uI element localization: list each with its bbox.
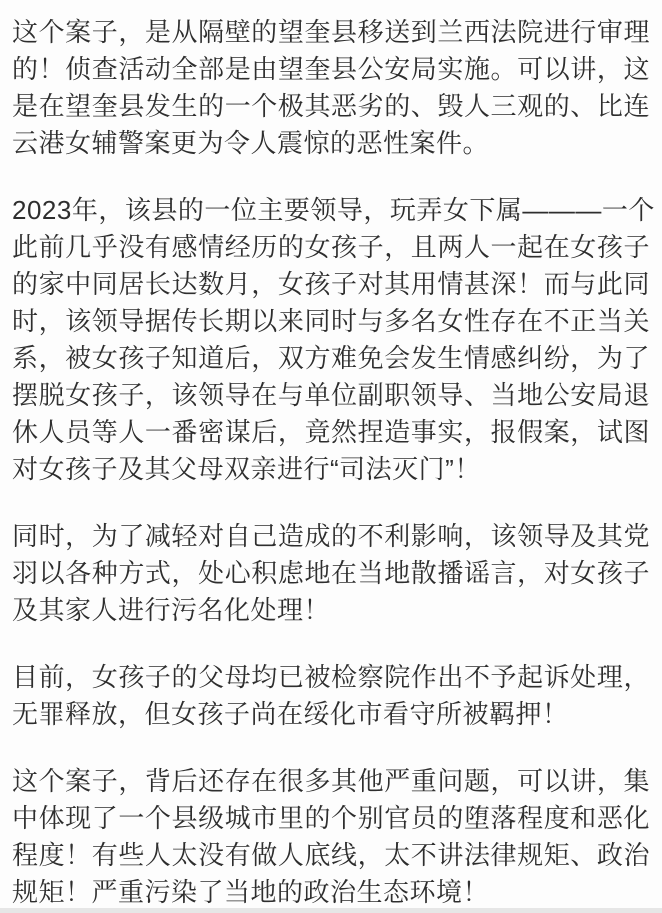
text-line: 及其家人进行污名化处理！ bbox=[12, 592, 650, 629]
paragraph-3: 同时，为了减轻对自己造成的不利影响，该领导及其党 羽以各种方式，处心积虑地在当地… bbox=[12, 518, 650, 629]
text-line: 程度！有些人太没有做人底线，太不讲法律规矩、政治 bbox=[12, 837, 650, 874]
text-line: 中体现了一个县级城市里的个别官员的堕落程度和恶化 bbox=[12, 800, 650, 837]
text-line: 同时，为了减轻对自己造成的不利影响，该领导及其党 bbox=[12, 518, 650, 555]
text-line: 休人员等人一番密谋后，竟然捏造事实，报假案，试图 bbox=[12, 414, 650, 451]
paragraph-5: 这个案子，背后还存在很多其他严重问题，可以讲，集 中体现了一个县级城市里的个别官… bbox=[12, 763, 650, 911]
text-line: 摆脱女孩子，该领导在与单位副职领导、当地公安局退 bbox=[12, 377, 650, 414]
text-line: 目前，女孩子的父母均已被检察院作出不予起诉处理， bbox=[12, 659, 650, 696]
paragraph-2: 2023年，该县的一位主要领导，玩弄女下属———一个 此前几乎没有感情经历的女孩… bbox=[12, 192, 650, 488]
text-line: 的！侦查活动全部是由望奎县公安局实施。可以讲，这 bbox=[12, 51, 650, 88]
paragraph-1: 这个案子，是从隔壁的望奎县移送到兰西法院进行审理 的！侦查活动全部是由望奎县公安… bbox=[12, 14, 650, 162]
text-line: 是在望奎县发生的一个极其恶劣的、毁人三观的、比连 bbox=[12, 88, 650, 125]
text-line: 云港女辅警案更为令人震惊的恶性案件。 bbox=[12, 125, 650, 162]
text-line: 此前几乎没有感情经历的女孩子，且两人一起在女孩子 bbox=[12, 229, 650, 266]
text-line: 时，该领导据传长期以来同时与多名女性存在不正当关 bbox=[12, 303, 650, 340]
post-screenshot: { "page": { "background_color": "#fdfdfd… bbox=[0, 0, 662, 913]
text-line: 这个案子，背后还存在很多其他严重问题，可以讲，集 bbox=[12, 763, 650, 800]
article-text: 这个案子，是从隔壁的望奎县移送到兰西法院进行审理 的！侦查活动全部是由望奎县公安… bbox=[0, 0, 662, 911]
text-line: 系，被女孩子知道后，双方难免会发生情感纠纷，为了 bbox=[12, 340, 650, 377]
text-line: 这个案子，是从隔壁的望奎县移送到兰西法院进行审理 bbox=[12, 14, 650, 51]
text-line: 羽以各种方式，处心积虑地在当地散播谣言，对女孩子 bbox=[12, 555, 650, 592]
text-line: 规矩！严重污染了当地的政治生态环境！ bbox=[12, 874, 650, 911]
text-line: 的家中同居长达数月，女孩子对其用情甚深！而与此同 bbox=[12, 266, 650, 303]
text-line: 对女孩子及其父母双亲进行“司法灭门”！ bbox=[12, 451, 650, 488]
bottom-edge-divider bbox=[0, 908, 662, 913]
paragraph-4: 目前，女孩子的父母均已被检察院作出不予起诉处理， 无罪释放，但女孩子尚在绥化市看… bbox=[12, 659, 650, 733]
text-line: 2023年，该县的一位主要领导，玩弄女下属———一个 bbox=[12, 192, 650, 229]
text-line: 无罪释放，但女孩子尚在绥化市看守所被羁押！ bbox=[12, 696, 650, 733]
